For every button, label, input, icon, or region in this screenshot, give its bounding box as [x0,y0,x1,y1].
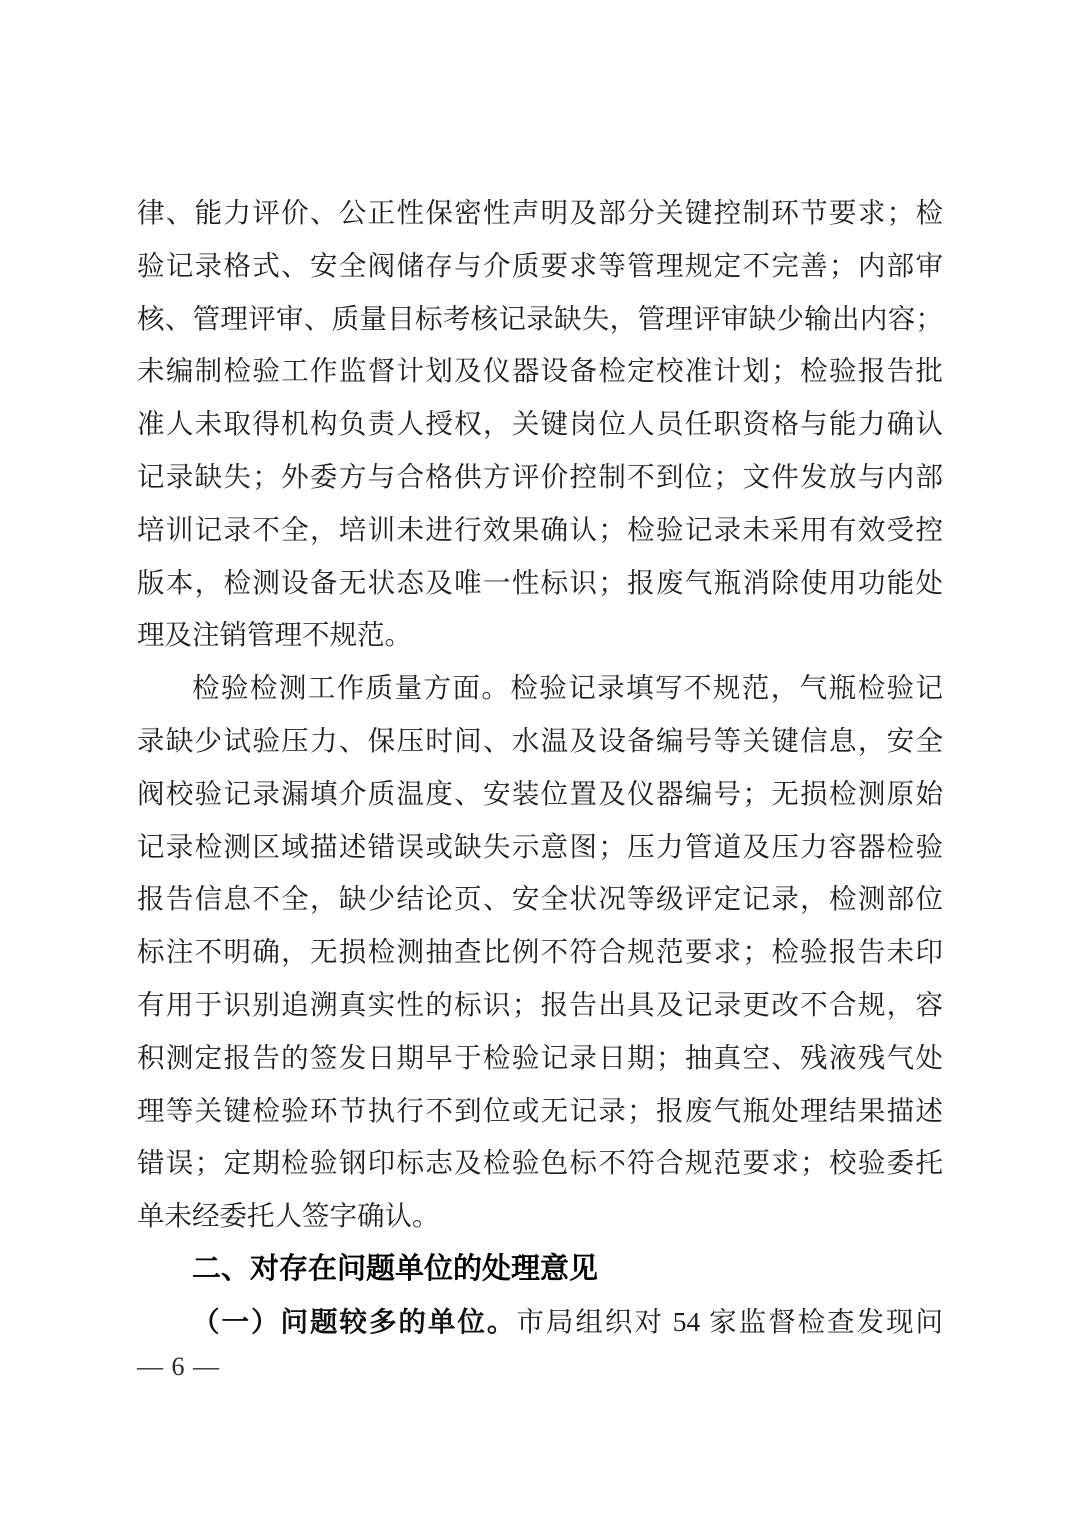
text-line: 律、能力评价、公正性保密性声明及部分关键控制环节要求；检 [137,187,943,240]
text-line: 标注不明确，无损检测抽查比例不符合规范要求；检验报告未印 [137,926,943,979]
text-line: 阀校验记录漏填介质温度、安装位置及仪器编号；无损检测原始 [137,768,943,821]
subsection-label: （一）问题较多的单位。 [192,1306,516,1337]
text-line: 核、管理评审、质量目标考核记录缺失，管理评审缺少输出内容； [137,293,943,346]
text-line: 积测定报告的签发日期早于检验记录日期；抽真空、残液残气处 [137,1032,943,1085]
document-body: 律、能力评价、公正性保密性声明及部分关键控制环节要求；检 验记录格式、安全阀储存… [137,187,943,1349]
text-line: 记录检测区域描述错误或缺失示意图；压力管道及压力容器检验 [137,821,943,874]
body-text: 家监督检查发现问 [700,1306,943,1337]
text-line: 验记录格式、安全阀储存与介质要求等管理规定不完善；内部审 [137,240,943,293]
text-line: 录缺少试验压力、保压时间、水温及设备编号等关键信息，安全 [137,715,943,768]
text-line: 有用于识别追溯真实性的标识；报告出具及记录更改不合规，容 [137,979,943,1032]
text-line: 单未经委托人签字确认。 [137,1190,943,1243]
subsection-lead-line: （一）问题较多的单位。市局组织对 54 家监督检查发现问 [137,1296,943,1349]
text-line: 版本，检测设备无状态及唯一性标识；报废气瓶消除使用功能处 [137,557,943,610]
text-line: 理等关键检验环节执行不到位或无记录；报废气瓶处理结果描述 [137,1085,943,1138]
unit-count: 54 [673,1306,701,1337]
document-page: 律、能力评价、公正性保密性声明及部分关键控制环节要求；检 验记录格式、安全阀储存… [0,0,1074,1520]
text-line: 培训记录不全，培训未进行效果确认；检验记录未采用有效受控 [137,504,943,557]
text-line: 报告信息不全，缺少结论页、安全状况等级评定记录，检测部位 [137,873,943,926]
text-line: 准人未取得机构负责人授权，关键岗位人员任职资格与能力确认 [137,398,943,451]
text-line: 检验检测工作质量方面。检验记录填写不规范，气瓶检验记 [137,662,943,715]
text-line: 理及注销管理不规范。 [137,609,943,662]
page-number: — 6 — [137,1348,220,1386]
body-text: 市局组织对 [516,1306,672,1337]
text-line: 记录缺失；外委方与合格供方评价控制不到位；文件发放与内部 [137,451,943,504]
text-line: 未编制检验工作监督计划及仪器设备检定校准计划；检验报告批 [137,345,943,398]
text-line: 错误；定期检验钢印标志及检验色标不符合规范要求；校验委托 [137,1137,943,1190]
section-heading: 二、对存在问题单位的处理意见 [137,1243,943,1296]
